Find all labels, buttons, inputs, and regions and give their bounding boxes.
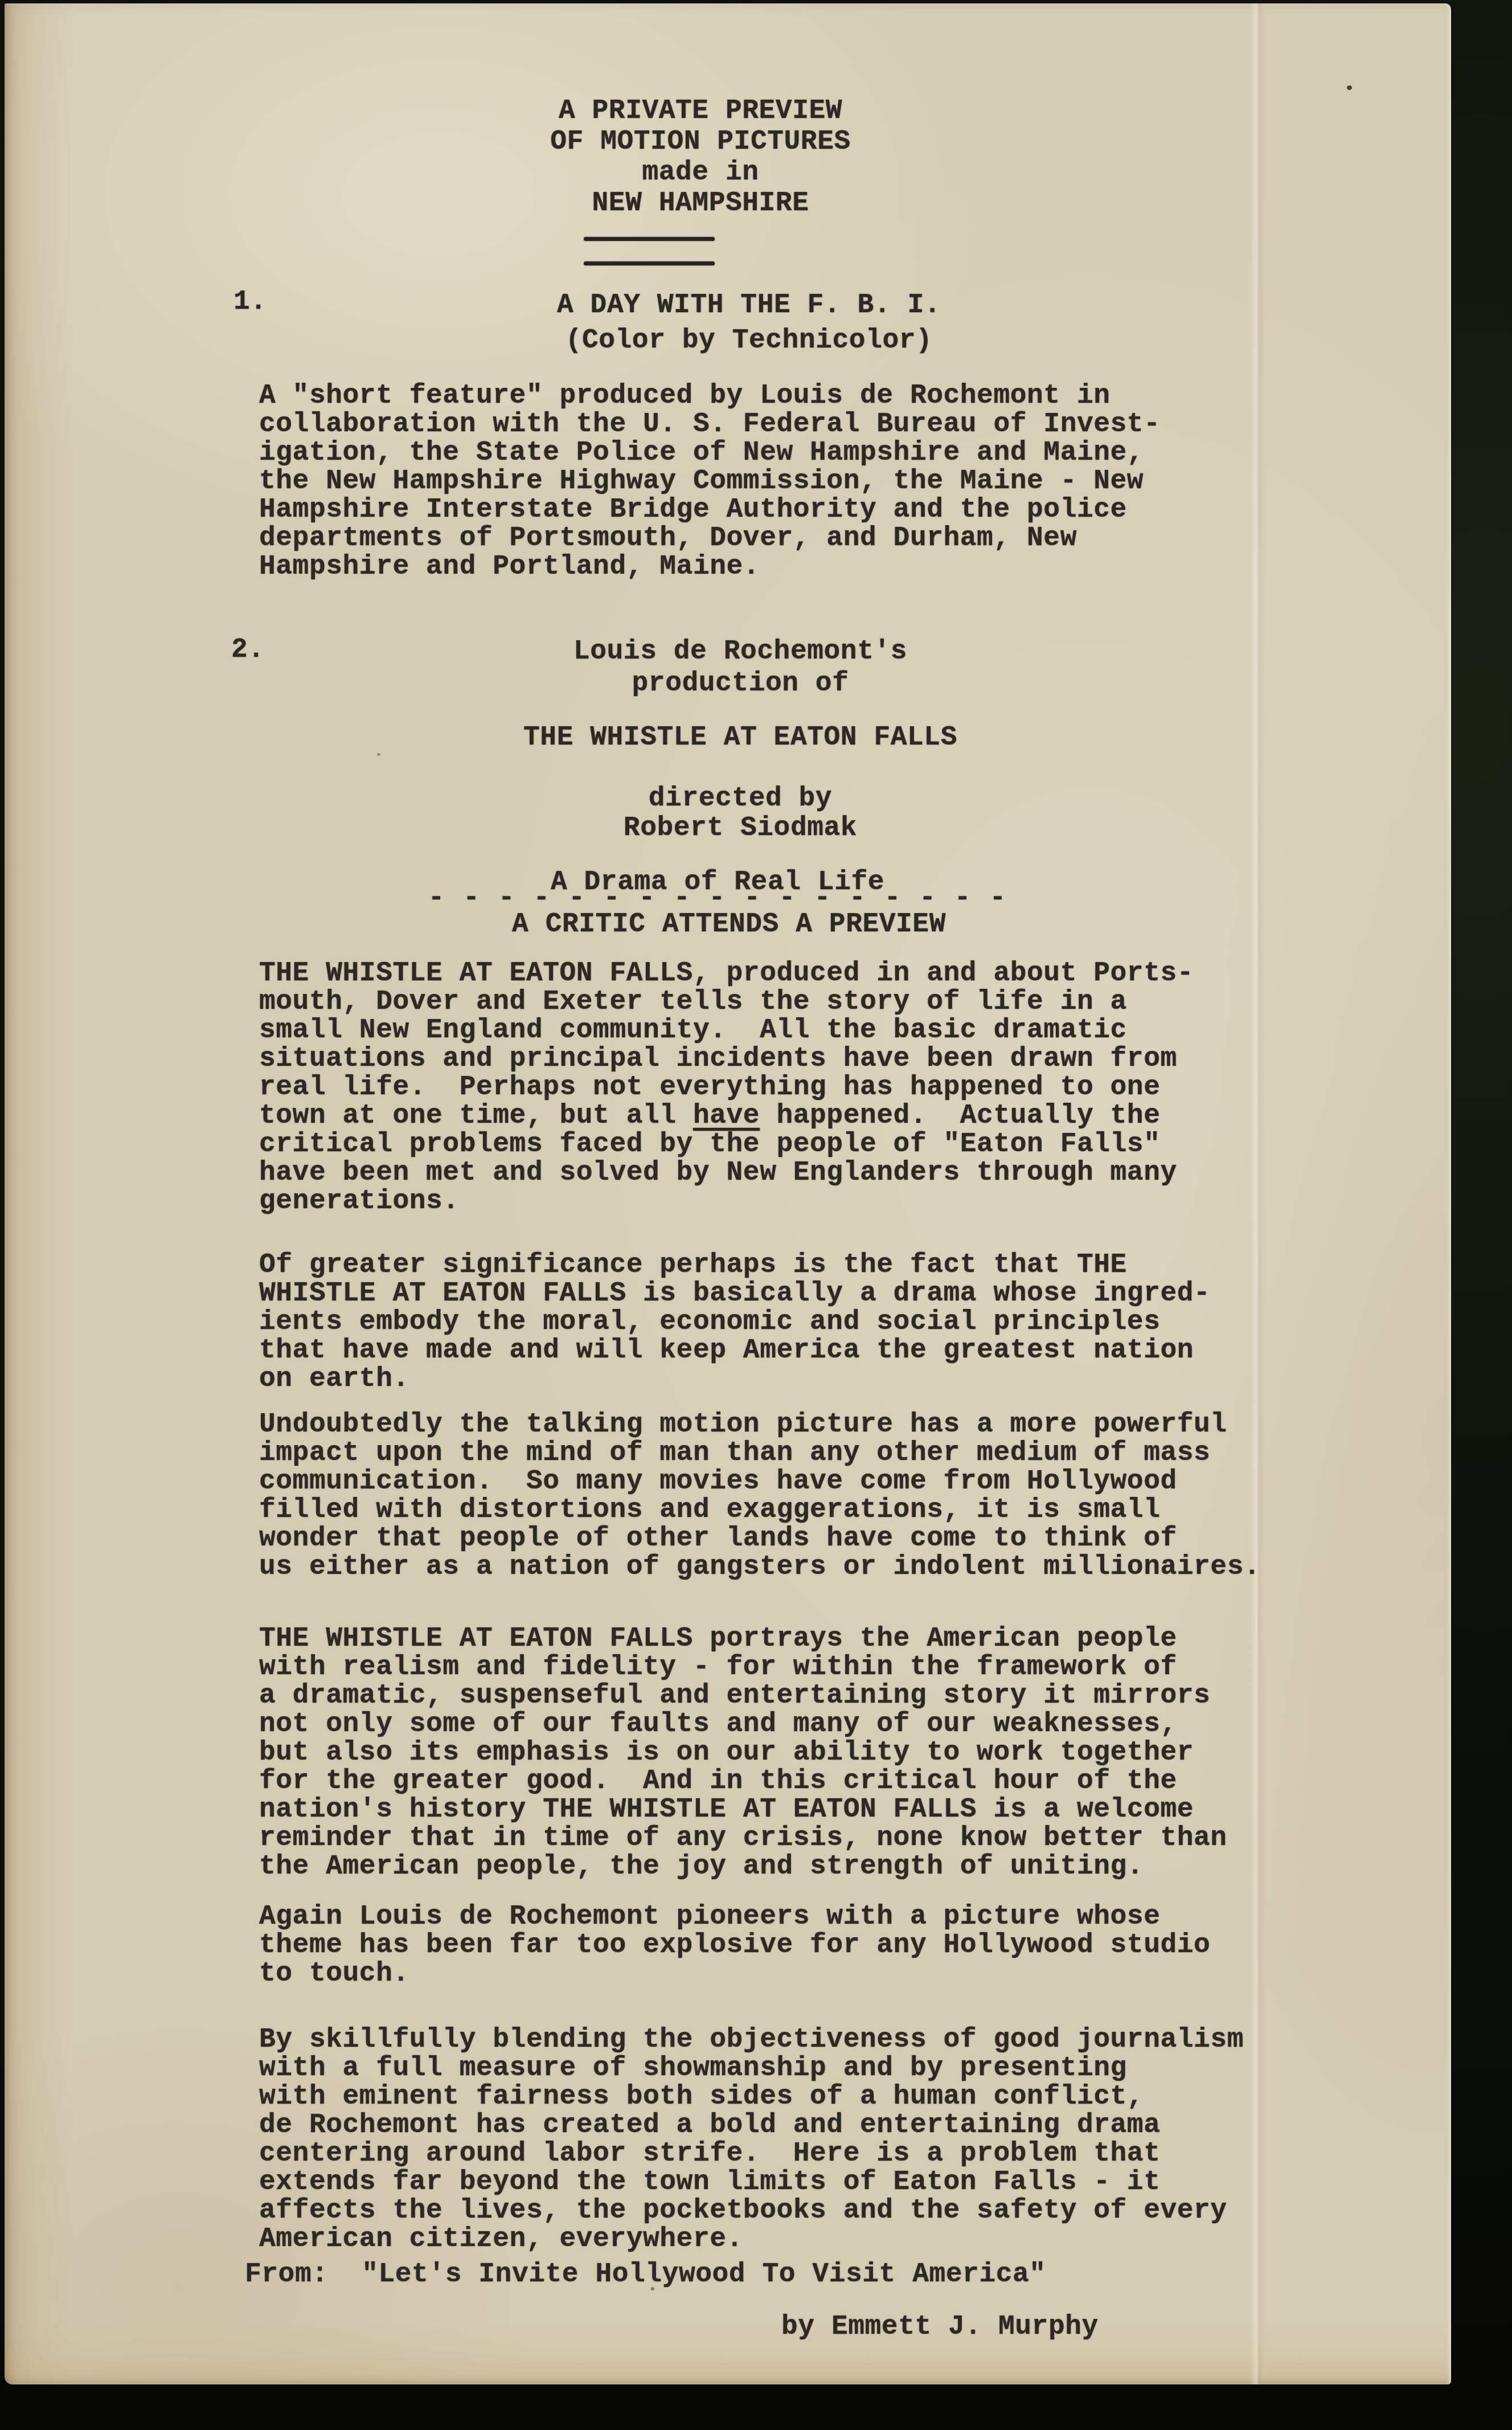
item-1-heading: A DAY WITH THE F. B. I. (Color by Techni… [293,288,1204,358]
tagline-underline-dashes: - - - - - - - - - - - - - - - - - [262,884,1173,913]
review-paragraph-2: Of greater significance perhaps is the f… [259,1251,1210,1393]
review-paragraph-3: Undoubtedly the talking motion picture h… [259,1410,1260,1581]
item-2-number: 2. [231,636,265,664]
review-paragraph-6: By skillfully blending the objectiveness… [259,2026,1244,2253]
paper-speck [1347,85,1352,90]
review-paragraph-4: THE WHISTLE AT EATON FALLS portrays the … [259,1625,1227,1881]
paper-crease [1250,3,1265,2384]
underlined-word-have: have [693,1101,760,1131]
document-title: A PRIVATE PREVIEW OF MOTION PICTURES mad… [245,96,1156,219]
item-1-paragraph: A "short feature" produced by Louis de R… [259,382,1160,581]
item-2-heading: Louis de Rochemont's production of [285,636,1196,699]
source-line: From: "Let's Invite Hollywood To Visit A… [245,2260,1046,2289]
review-paragraph-5: Again Louis de Rochemont pioneers with a… [259,1903,1210,1988]
paper-speck [377,753,380,756]
title-divider-line-1 [584,237,715,241]
document-scan: A PRIVATE PREVIEW OF MOTION PICTURES mad… [0,0,1512,2430]
review-heading: A CRITIC ATTENDS A PREVIEW [273,910,1185,939]
director-credit: directed by Robert Siodmak [285,784,1196,843]
title-divider-line-2 [584,261,715,265]
review-paragraph-1: THE WHISTLE AT EATON FALLS, produced in … [259,959,1194,1216]
byline: by Emmett J. Murphy [781,2313,1099,2341]
film-title: THE WHISTLE AT EATON FALLS [285,723,1196,752]
item-1-number: 1. [233,288,267,316]
